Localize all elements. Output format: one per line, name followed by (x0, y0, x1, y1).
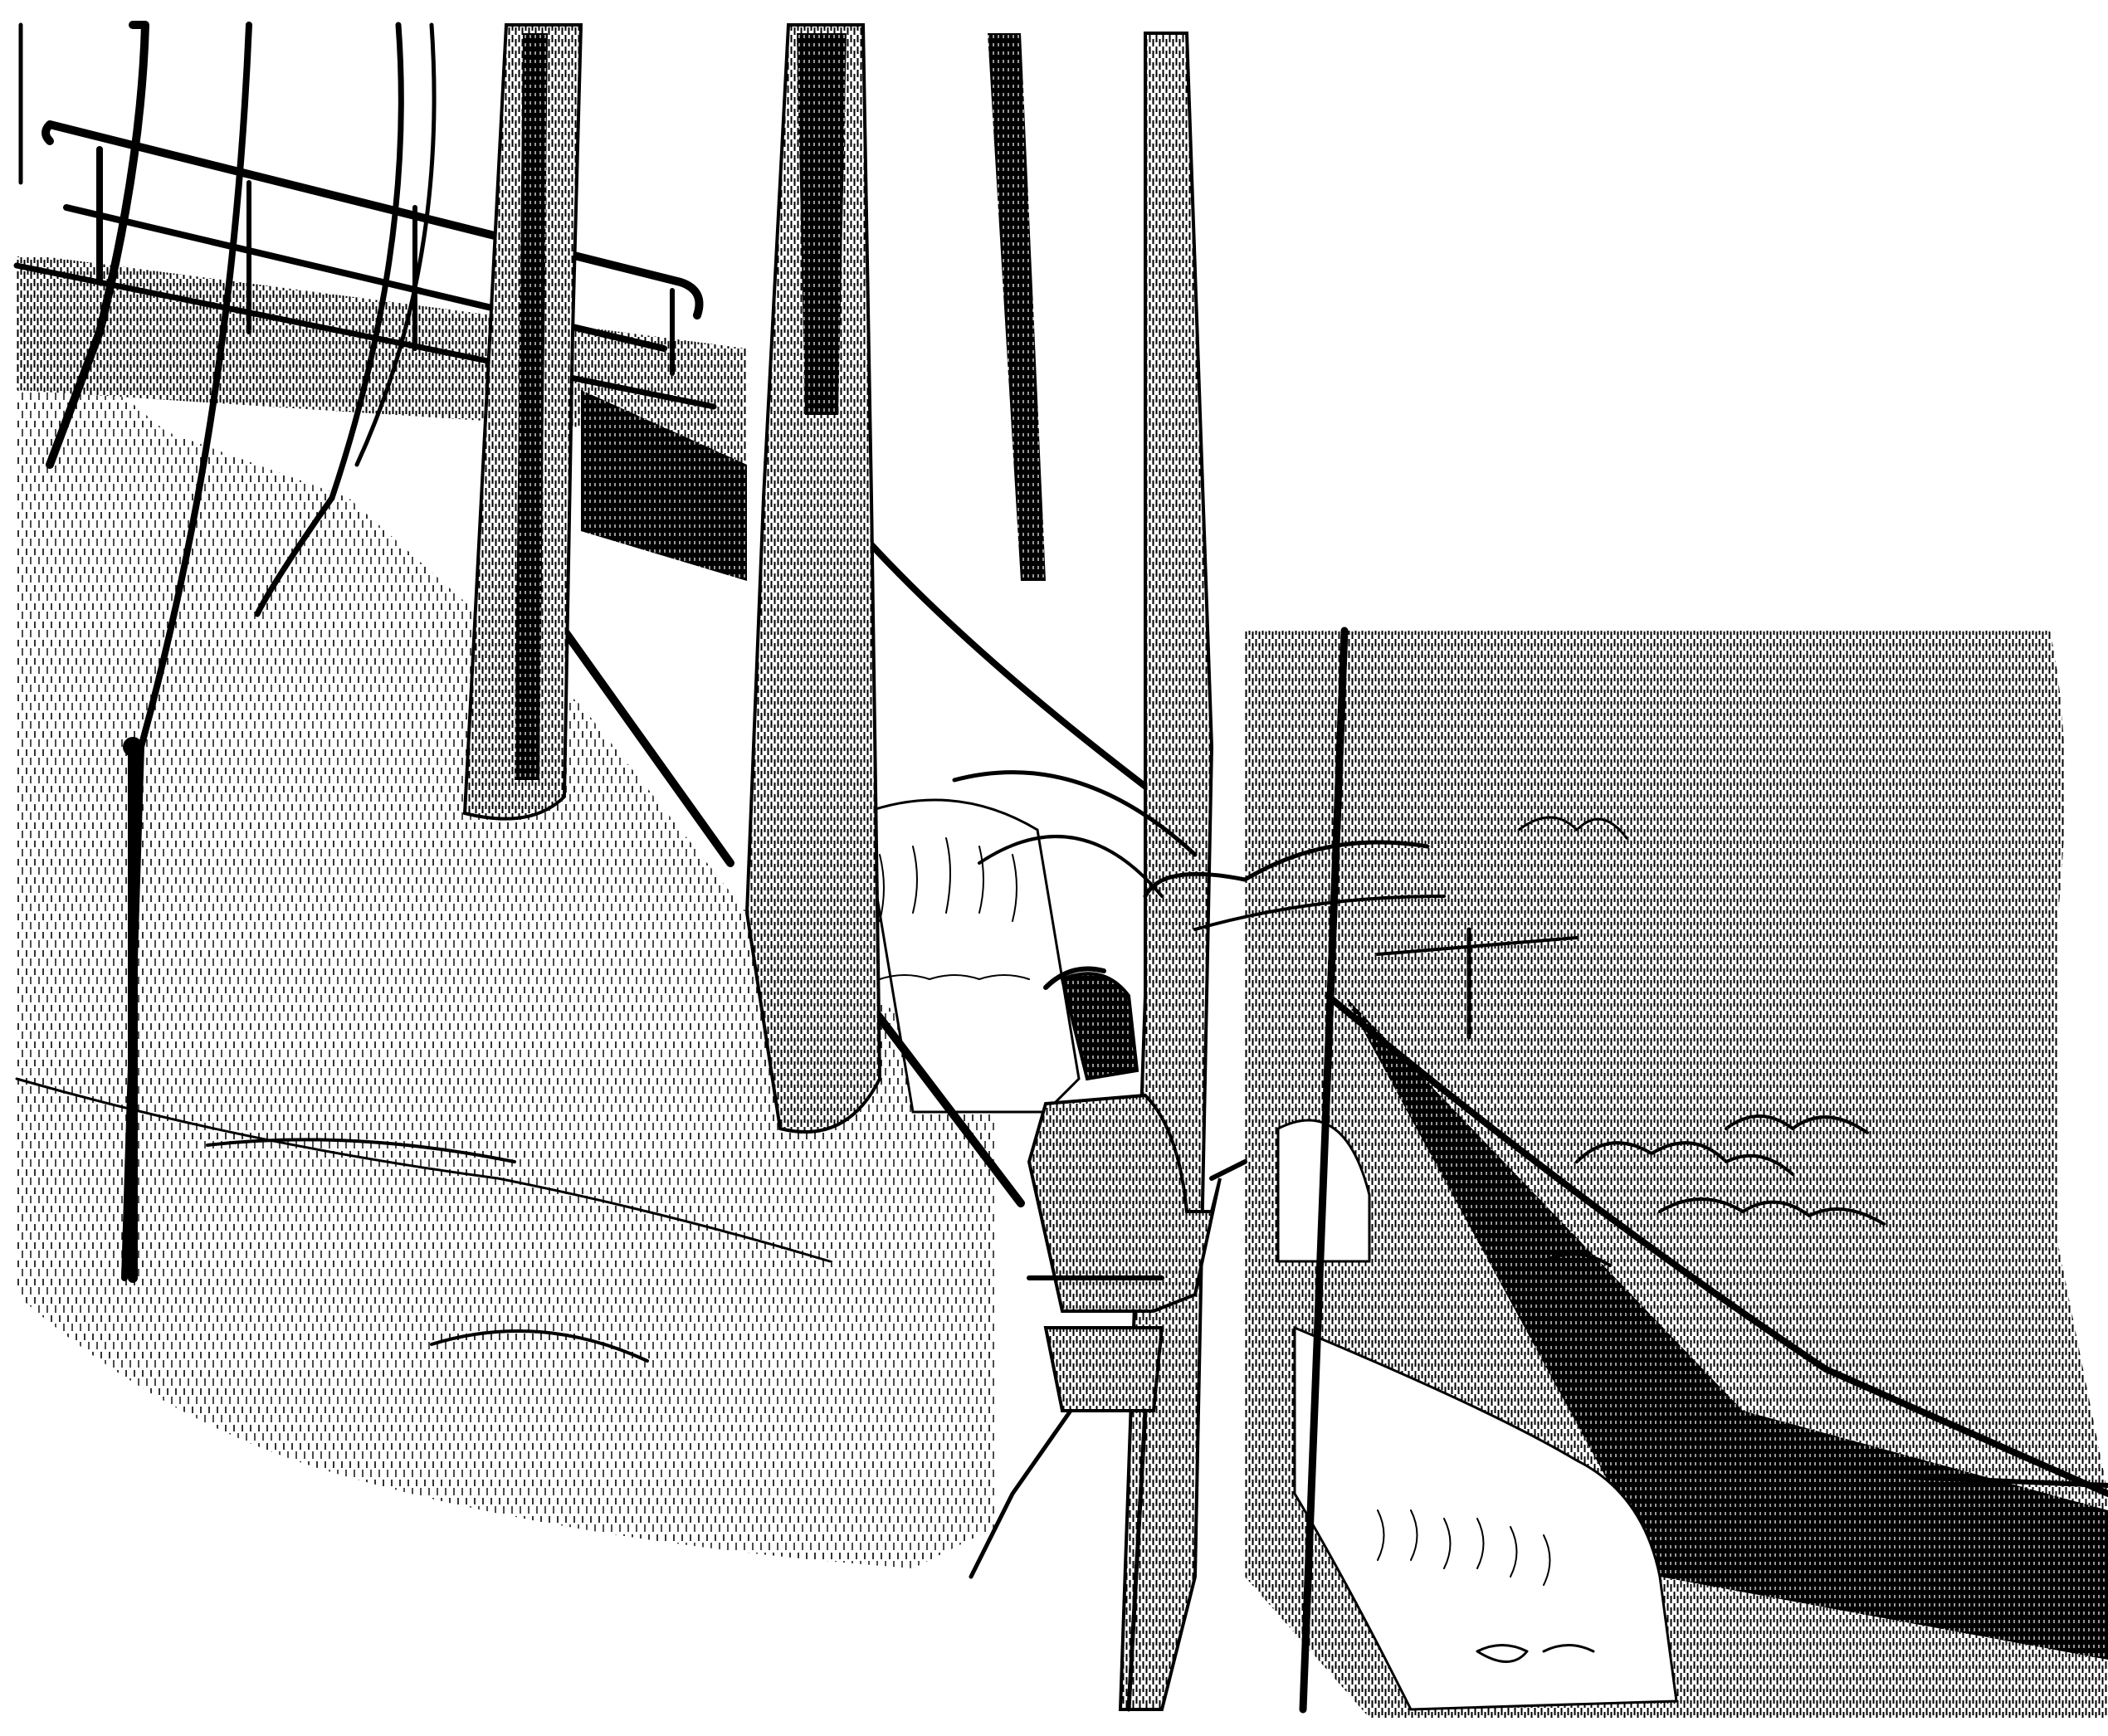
illustration: A figure holding a walking stick stands … (0, 0, 2108, 1736)
